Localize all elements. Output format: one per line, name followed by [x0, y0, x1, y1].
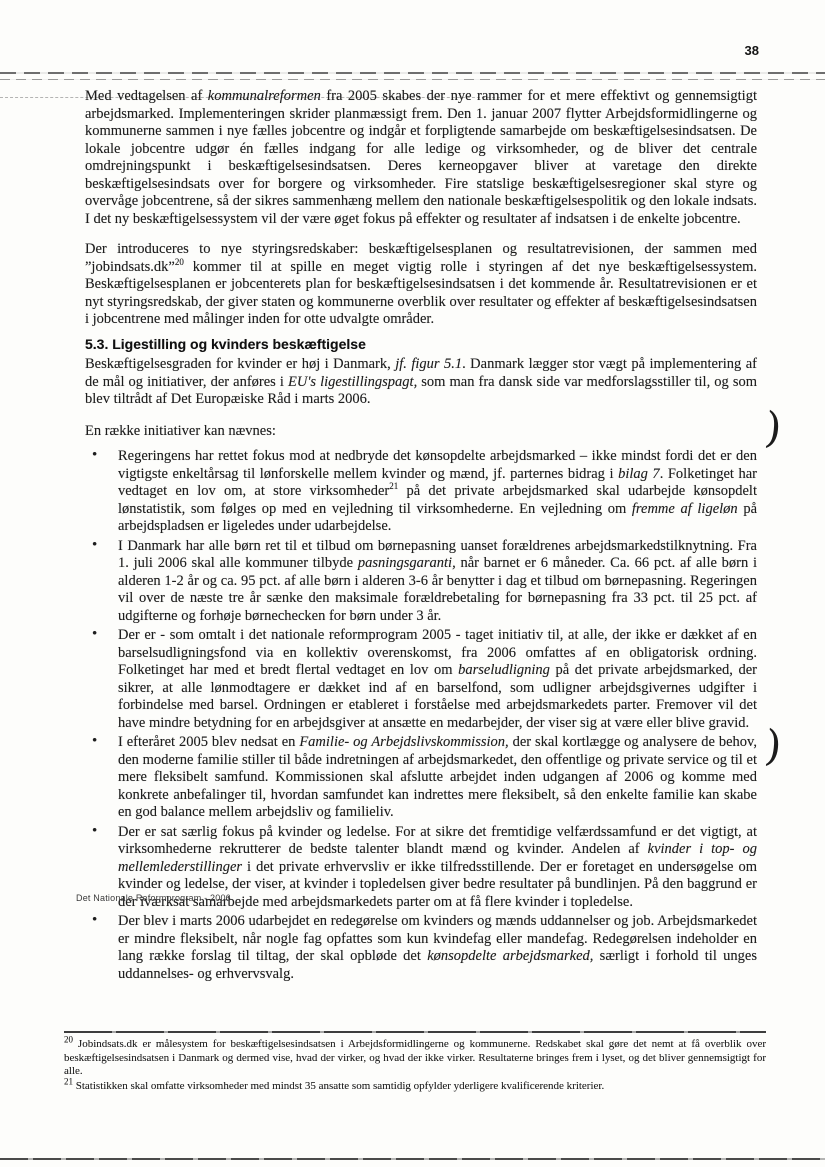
header-rule-top	[0, 72, 825, 74]
paragraph-styringsredskaber: Der introduceres to nye styringsredskabe…	[85, 241, 757, 329]
list-item-text: Der er - som omtalt i det nationale refo…	[118, 627, 757, 731]
list-intro-line: En række initiativer kan nævnes:	[85, 423, 757, 441]
footnote-block: 20 Jobindsats.dk er målesystem for beskæ…	[64, 1031, 766, 1094]
footnote-20: 20 Jobindsats.dk er målesystem for beskæ…	[64, 1038, 766, 1079]
section-heading: 5.3. Ligestilling og kvinders beskæftige…	[85, 336, 757, 354]
list-item-text: Der blev i marts 2006 udarbejdet en rede…	[118, 913, 757, 982]
list-item-familiekommission: • I efteråret 2005 blev nedsat en Famili…	[85, 734, 757, 822]
page-body: Med vedtagelsen af kommunalreformen fra …	[85, 88, 757, 985]
list-item-koensopdelt-arbejdsmarked: • Regeringens har rettet fokus mod at ne…	[85, 448, 757, 536]
bullet-icon: •	[92, 912, 97, 930]
paragraph-ligestilling: Beskæftigelsesgraden for kvinder er høj …	[85, 356, 757, 409]
bottom-page-rule	[0, 1158, 825, 1160]
bullet-icon: •	[92, 626, 97, 644]
watermark-footer-text: Det Nationale Reformprogram - 2006	[76, 893, 231, 903]
list-item-boernepasning: • I Danmark har alle børn ret til et til…	[85, 538, 757, 626]
bullet-icon: •	[92, 447, 97, 465]
footnote-rule	[64, 1031, 766, 1033]
footnote-21: 21 Statistikken skal omfatte virksomhede…	[64, 1080, 766, 1094]
list-item-barseludligning: • Der er - som omtalt i det nationale re…	[85, 627, 757, 732]
paragraph-kommunalreform: Med vedtagelsen af kommunalreformen fra …	[85, 88, 757, 228]
pen-mark-paren-2: )	[763, 723, 784, 768]
page-number: 38	[745, 43, 759, 58]
bullet-icon: •	[92, 823, 97, 841]
document-page: 38 Med vedtagelsen af kommunalreformen f…	[0, 0, 825, 1167]
list-item-text: I Danmark har alle børn ret til et tilbu…	[118, 538, 757, 624]
bullet-icon: •	[92, 733, 97, 751]
list-item-text: Regeringens har rettet fokus mod at nedb…	[118, 448, 757, 534]
list-item-redegoerelse: • Der blev i marts 2006 udarbejdet en re…	[85, 913, 757, 983]
bullet-icon: •	[92, 537, 97, 555]
header-rule-bottom	[0, 79, 825, 80]
list-item-text: I efteråret 2005 blev nedsat en Familie-…	[118, 734, 757, 820]
pen-mark-paren-1: )	[763, 405, 784, 450]
